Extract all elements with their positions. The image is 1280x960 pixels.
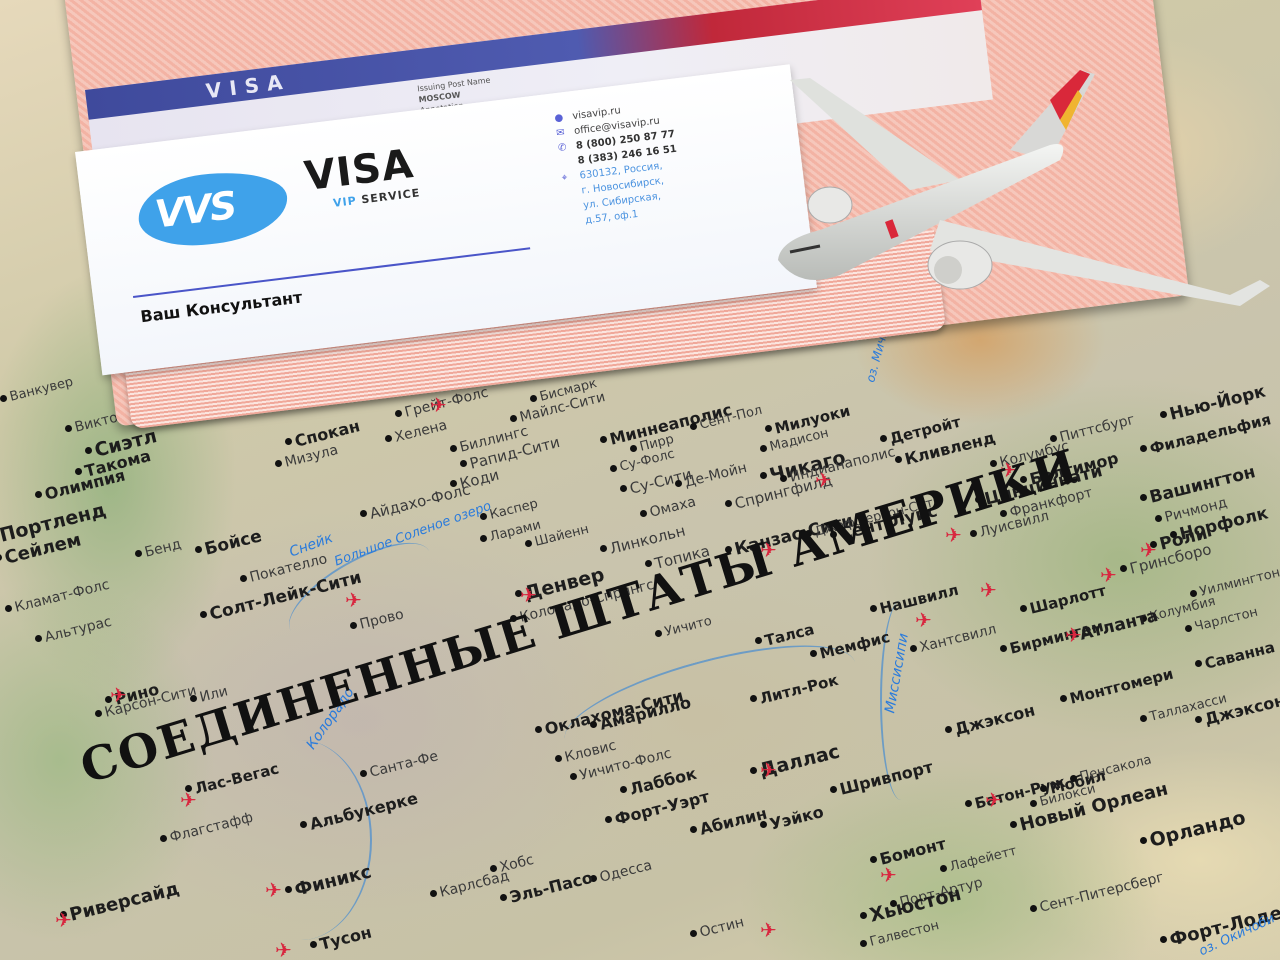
airport-icon: ✈ bbox=[110, 685, 127, 705]
city-dot bbox=[830, 786, 837, 793]
city-dot bbox=[195, 546, 202, 553]
city-dot bbox=[395, 410, 402, 417]
city-dot bbox=[385, 435, 392, 442]
city-dot bbox=[970, 530, 977, 537]
city-dot bbox=[160, 835, 167, 842]
city-dot bbox=[500, 894, 507, 901]
city-dot bbox=[450, 445, 457, 452]
city-dot bbox=[530, 395, 537, 402]
city-dot bbox=[610, 465, 617, 472]
city-dot bbox=[1185, 625, 1192, 632]
airport-icon: ✈ bbox=[985, 790, 1002, 810]
city-dot bbox=[945, 726, 952, 733]
city-dot bbox=[860, 940, 867, 947]
city-dot bbox=[5, 605, 12, 612]
city-dot bbox=[1070, 775, 1077, 782]
city-dot bbox=[1140, 837, 1147, 844]
model-airplane-icon bbox=[760, 60, 1280, 340]
city-dot bbox=[1155, 515, 1162, 522]
location-icon: ⌖ bbox=[561, 169, 575, 185]
city-dot bbox=[1030, 800, 1037, 807]
city-dot bbox=[275, 460, 282, 467]
city-dot bbox=[555, 755, 562, 762]
city-dot bbox=[675, 480, 682, 487]
spacer bbox=[566, 214, 578, 215]
city-dot bbox=[510, 415, 517, 422]
city-dot bbox=[690, 930, 697, 937]
airport-icon: ✈ bbox=[275, 940, 292, 960]
phone-icon: ✆ bbox=[557, 140, 571, 156]
city-dot bbox=[240, 575, 247, 582]
city-dot bbox=[480, 535, 487, 542]
city-dot bbox=[640, 510, 647, 517]
city-dot bbox=[630, 445, 637, 452]
city-dot bbox=[430, 890, 437, 897]
airport-icon: ✈ bbox=[1065, 625, 1082, 645]
contact-list: ●visavip.ru ✉office@visavip.ru ✆8 (800) … bbox=[554, 97, 685, 230]
city-dot bbox=[570, 773, 577, 780]
airport-icon: ✈ bbox=[915, 610, 932, 630]
city-dot bbox=[360, 770, 367, 777]
city-dot bbox=[690, 826, 697, 833]
city-dot bbox=[1160, 411, 1167, 418]
city-dot bbox=[600, 436, 607, 443]
city-dot bbox=[75, 468, 82, 475]
city-dot bbox=[760, 445, 767, 452]
city-dot bbox=[605, 816, 612, 823]
airport-icon: ✈ bbox=[55, 910, 72, 930]
city-dot bbox=[200, 611, 207, 618]
airport-icon: ✈ bbox=[760, 920, 777, 940]
city-dot bbox=[535, 726, 542, 733]
airport-icon: ✈ bbox=[980, 580, 997, 600]
city-dot bbox=[760, 821, 767, 828]
city-dot bbox=[1190, 590, 1197, 597]
email-icon: ✉ bbox=[555, 125, 569, 141]
city-dot bbox=[895, 456, 902, 463]
city-dot bbox=[860, 912, 867, 919]
city-dot bbox=[940, 865, 947, 872]
city-dot bbox=[760, 472, 767, 479]
city-dot bbox=[1140, 494, 1147, 501]
airport-icon: ✈ bbox=[430, 395, 447, 415]
city-dot bbox=[35, 635, 42, 642]
city-dot bbox=[870, 856, 877, 863]
spacer bbox=[565, 199, 577, 200]
city-dot bbox=[135, 550, 142, 557]
city-dot bbox=[655, 630, 662, 637]
airport-icon: ✈ bbox=[345, 590, 362, 610]
city-dot bbox=[590, 721, 597, 728]
city-dot bbox=[1195, 716, 1202, 723]
city-dot bbox=[1030, 905, 1037, 912]
city-dot bbox=[285, 438, 292, 445]
city-dot bbox=[910, 645, 917, 652]
city-dot bbox=[0, 395, 7, 402]
airport-icon: ✈ bbox=[180, 790, 197, 810]
airport-icon: ✈ bbox=[1100, 565, 1117, 585]
photo-scene: ВанкуверВикторияСиэтлТакомаОлимпияПортле… bbox=[0, 0, 1280, 960]
airport-icon: ✈ bbox=[1140, 540, 1157, 560]
city-dot bbox=[95, 710, 102, 717]
city-dot bbox=[190, 695, 197, 702]
airport-icon: ✈ bbox=[760, 760, 777, 780]
airport-icon: ✈ bbox=[880, 865, 897, 885]
city-dot bbox=[750, 767, 757, 774]
airport-icon: ✈ bbox=[815, 470, 832, 490]
city-dot bbox=[525, 540, 532, 547]
city-dot bbox=[1140, 715, 1147, 722]
city-dot bbox=[85, 447, 92, 454]
brand-sub-vip: VIP bbox=[332, 194, 357, 210]
city-dot bbox=[65, 425, 72, 432]
city-dot bbox=[310, 941, 317, 948]
airport-icon: ✈ bbox=[265, 880, 282, 900]
city-dot bbox=[1050, 435, 1057, 442]
city-dot bbox=[35, 491, 42, 498]
city-dot bbox=[690, 423, 697, 430]
city-dot bbox=[350, 622, 357, 629]
city-dot bbox=[620, 786, 627, 793]
card-divider bbox=[133, 247, 530, 298]
globe-icon: ● bbox=[554, 110, 568, 126]
city-dot bbox=[300, 821, 307, 828]
